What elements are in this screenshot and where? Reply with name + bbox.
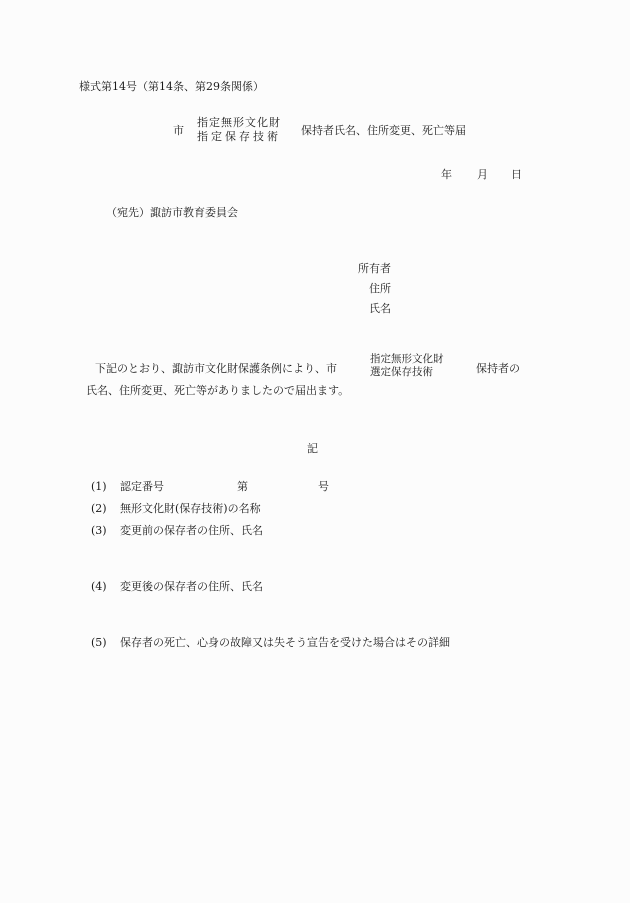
item-1-go: 号	[318, 480, 329, 494]
address-label: 住所	[369, 282, 391, 296]
item-5-label: 保存者の死亡、心身の故障又は失そう宣告を受けた場合はその詳細	[120, 636, 450, 650]
item-5-number: (5)	[91, 636, 107, 650]
item-2-label: 無形文化財(保存技術)の名称	[120, 502, 261, 516]
addressee: （宛先）諏訪市教育委員会	[106, 206, 238, 220]
title-suffix: 保持者氏名、住所変更、死亡等届	[301, 124, 466, 138]
title-type-intangible: 指定無形文化財	[197, 116, 281, 130]
owner-label: 所有者	[358, 262, 391, 276]
body-line1-text: 下記のとおり、諏訪市文化財保護条例により、市	[95, 362, 337, 376]
item-4-label: 変更後の保存者の住所、氏名	[120, 580, 263, 594]
body-line2-text: 氏名、住所変更、死亡等がありましたので届出ます。	[86, 384, 349, 398]
ki-heading: 記	[307, 442, 318, 456]
body-stacked-types: 指定無形文化財 選定保存技術	[370, 353, 444, 379]
body-line1-suffix: 保持者の	[476, 362, 520, 376]
name-label: 氏名	[369, 302, 391, 316]
date-year-label: 年	[441, 168, 452, 182]
title-type-technique: 指定保存技術	[197, 130, 281, 144]
title-stacked-types: 指定無形文化財 指定保存技術	[197, 116, 281, 144]
item-4-number: (4)	[91, 580, 107, 594]
item-2-number: (2)	[91, 502, 107, 516]
form-number: 様式第14号（第14条、第29条関係）	[79, 80, 264, 94]
item-3-number: (3)	[91, 524, 107, 538]
body-type-intangible: 指定無形文化財	[370, 353, 444, 366]
date-day-label: 日	[511, 168, 522, 182]
body-type-technique: 選定保存技術	[370, 366, 444, 379]
item-1-number: (1)	[91, 480, 107, 494]
item-1-dai: 第	[237, 480, 248, 494]
item-1-label: 認定番号	[120, 480, 164, 494]
item-3-label: 変更前の保存者の住所、氏名	[120, 524, 263, 538]
date-month-label: 月	[477, 168, 488, 182]
title-prefix: 市	[173, 124, 184, 138]
